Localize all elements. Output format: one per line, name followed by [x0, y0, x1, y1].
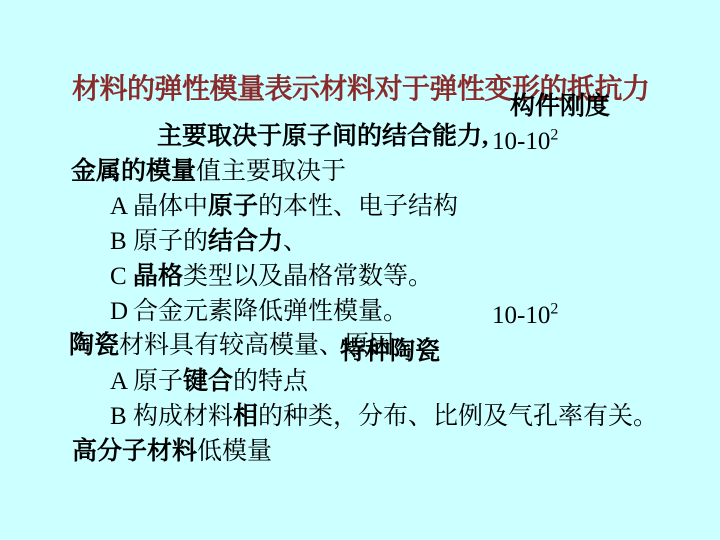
metal-magnitude-exponent: 2 [550, 127, 558, 144]
metal-magnitude-value: 10-102 [492, 127, 558, 157]
polymer-lead-rest: 低模量 [197, 438, 272, 465]
subtitle-right: 构件刚度 [510, 92, 610, 122]
presentation-slide: 材料的弹性模量表示材料对于弹性变形的抵抗力 主要取决于原子间的结合能力, 构件刚… [0, 0, 720, 540]
special-ceramics-note: 特种陶瓷 [340, 337, 440, 367]
polymer-lead-bold: 高分子材料 [72, 438, 197, 465]
ceramic-magnitude-exponent: 2 [550, 301, 558, 318]
polymer-line: 高分子材料低模量 [0, 407, 720, 497]
ceramic-magnitude-base: 10-10 [492, 302, 550, 329]
metal-magnitude-base: 10-10 [492, 128, 550, 155]
ceramic-magnitude-value: 10-102 [492, 301, 558, 331]
